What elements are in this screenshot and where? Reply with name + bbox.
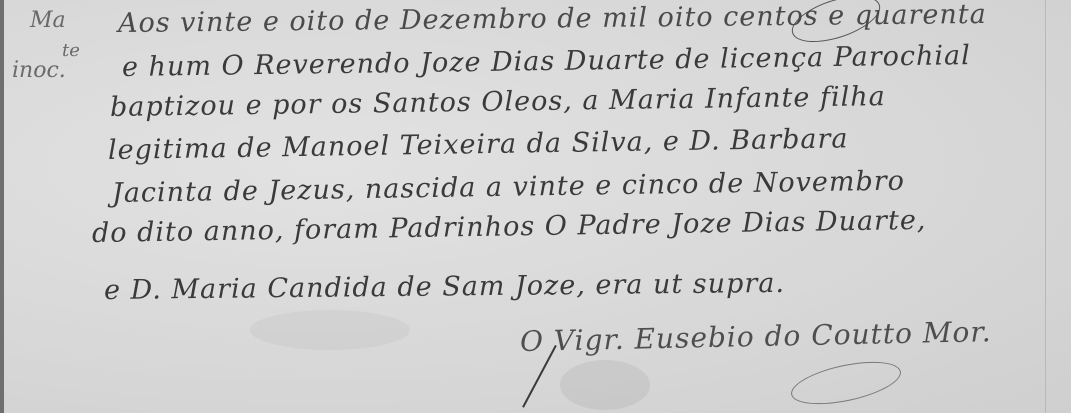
record-line-4: legitima de Manoel Teixeira da Silva, e … [108, 123, 849, 166]
record-line-3: baptizou e por os Santos Oleos, a Maria … [110, 81, 886, 123]
margin-note-name: Ma [30, 8, 66, 33]
paper-stain [250, 310, 410, 350]
record-line-6: do dito anno, foram Padrinhos O Padre Jo… [92, 205, 927, 249]
record-line-7: e D. Maria Candida de Sam Joze, era ut s… [104, 268, 785, 306]
priest-signature: O Vigr. Eusebio do Coutto Mor. [520, 315, 992, 358]
record-line-1: Aos vinte e oito de Dezembro de mil oito… [118, 0, 987, 39]
record-line-2: e hum O Reverendo Joze Dias Duarte de li… [122, 40, 971, 83]
page-edge [0, 0, 4, 413]
margin-note-type: inoc. [12, 58, 66, 83]
signature-flourish [787, 354, 904, 412]
record-line-5: Jacinta de Jezus, nascida a vinte e cinc… [112, 166, 905, 209]
margin-rule [1045, 0, 1046, 413]
paper-stain [560, 360, 650, 410]
document-page: Ma te inoc. Aos vinte e oito de Dezembro… [0, 0, 1071, 413]
